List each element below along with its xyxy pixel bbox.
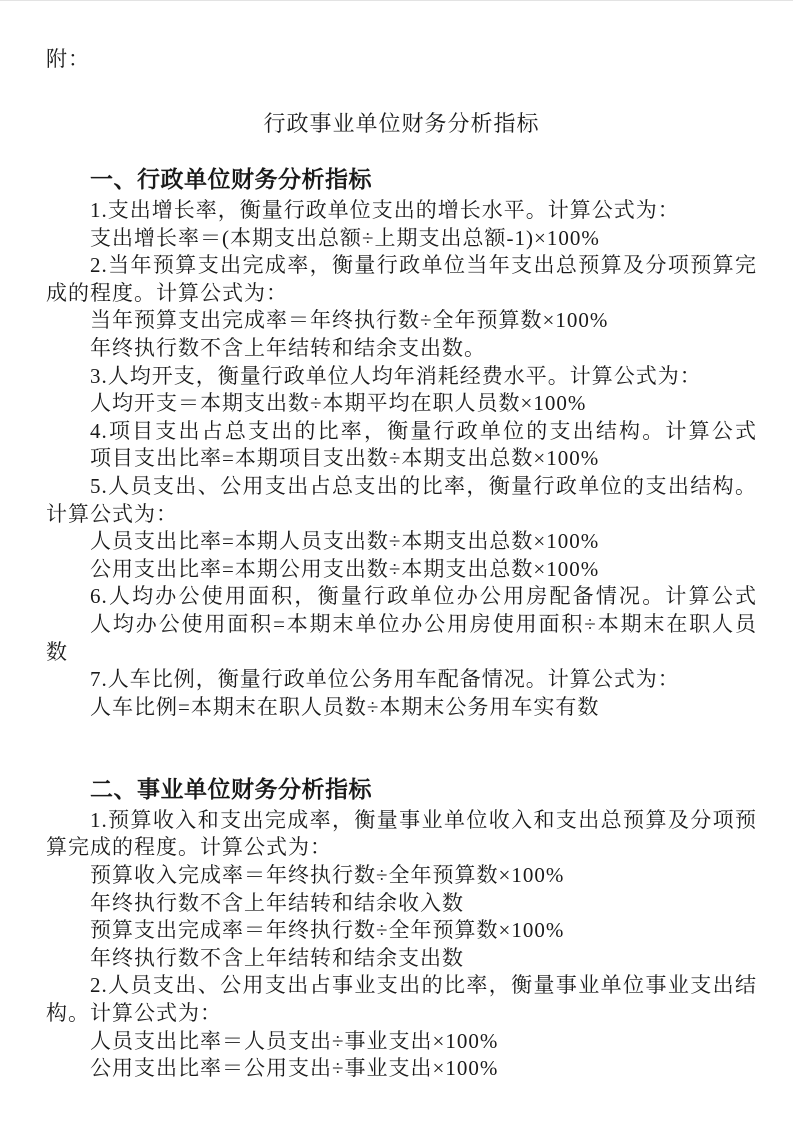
attachment-label: 附：: [46, 45, 757, 73]
document-content: 附： 行政事业单位财务分析指标 一、行政单位财务分析指标 1.支出增长率，衡量行…: [0, 1, 793, 1083]
document-line: 构。计算公式为：: [46, 1000, 757, 1028]
document-line-formula: 人均开支＝本期支出数÷本期平均在职人员数×100%: [46, 390, 757, 418]
document-title: 行政事业单位财务分析指标: [46, 109, 757, 139]
document-line: 年终执行数不含上年结转和结余支出数。: [46, 335, 757, 363]
document-line-formula: 人车比例=本期末在职人员数÷本期末公务用车实有数: [46, 694, 757, 722]
document-line: 3.人均开支，衡量行政单位人均年消耗经费水平。计算公式为：: [46, 363, 757, 391]
document-line-formula: 支出增长率＝(本期支出总额÷上期支出总额-1)×100%: [46, 225, 757, 253]
document-line: 1.预算收入和支出完成率，衡量事业单位收入和支出总预算及分项预: [46, 807, 757, 835]
document-page: 附： 行政事业单位财务分析指标 一、行政单位财务分析指标 1.支出增长率，衡量行…: [0, 0, 793, 1122]
document-line-formula: 预算收入完成率＝年终执行数÷全年预算数×100%: [46, 862, 757, 890]
document-line: 6.人均办公使用面积，衡量行政单位办公用房配备情况。计算公式为：: [46, 583, 757, 611]
document-line: 成的程度。计算公式为：: [46, 280, 757, 308]
section1-heading: 一、行政单位财务分析指标: [46, 165, 757, 193]
document-line: 年终执行数不含上年结转和结余支出数: [46, 945, 757, 973]
document-line: 4.项目支出占总支出的比率，衡量行政单位的支出结构。计算公式为：: [46, 418, 757, 446]
document-line: 算完成的程度。计算公式为：: [46, 834, 757, 862]
document-line-formula: 人均办公使用面积=本期末单位办公用房使用面积÷本期末在职人员: [46, 611, 757, 639]
document-line: 计算公式为：: [46, 501, 757, 529]
document-line-formula: 预算支出完成率＝年终执行数÷全年预算数×100%: [46, 917, 757, 945]
section2-heading: 二、事业单位财务分析指标: [46, 775, 757, 803]
document-line-formula: 当年预算支出完成率＝年终执行数÷全年预算数×100%: [46, 307, 757, 335]
document-line: 7.人车比例，衡量行政单位公务用车配备情况。计算公式为：: [46, 666, 757, 694]
blank-line: [46, 721, 757, 749]
document-line: 2.当年预算支出完成率，衡量行政单位当年支出总预算及分项预算完: [46, 252, 757, 280]
document-line-formula: 人员支出比率=本期人员支出数÷本期支出总数×100%: [46, 528, 757, 556]
document-line: 1.支出增长率，衡量行政单位支出的增长水平。计算公式为：: [46, 197, 757, 225]
document-line: 年终执行数不含上年结转和结余收入数: [46, 890, 757, 918]
document-line-formula: 公用支出比率=本期公用支出数÷本期支出总数×100%: [46, 556, 757, 584]
document-line: 5.人员支出、公用支出占总支出的比率，衡量行政单位的支出结构。: [46, 473, 757, 501]
document-line: 数: [46, 639, 757, 667]
document-line-formula: 项目支出比率=本期项目支出数÷本期支出总数×100%: [46, 445, 757, 473]
document-line-formula: 人员支出比率＝人员支出÷事业支出×100%: [46, 1028, 757, 1056]
document-line-formula: 公用支出比率＝公用支出÷事业支出×100%: [46, 1055, 757, 1083]
document-line: 2.人员支出、公用支出占事业支出的比率，衡量事业单位事业支出结: [46, 972, 757, 1000]
